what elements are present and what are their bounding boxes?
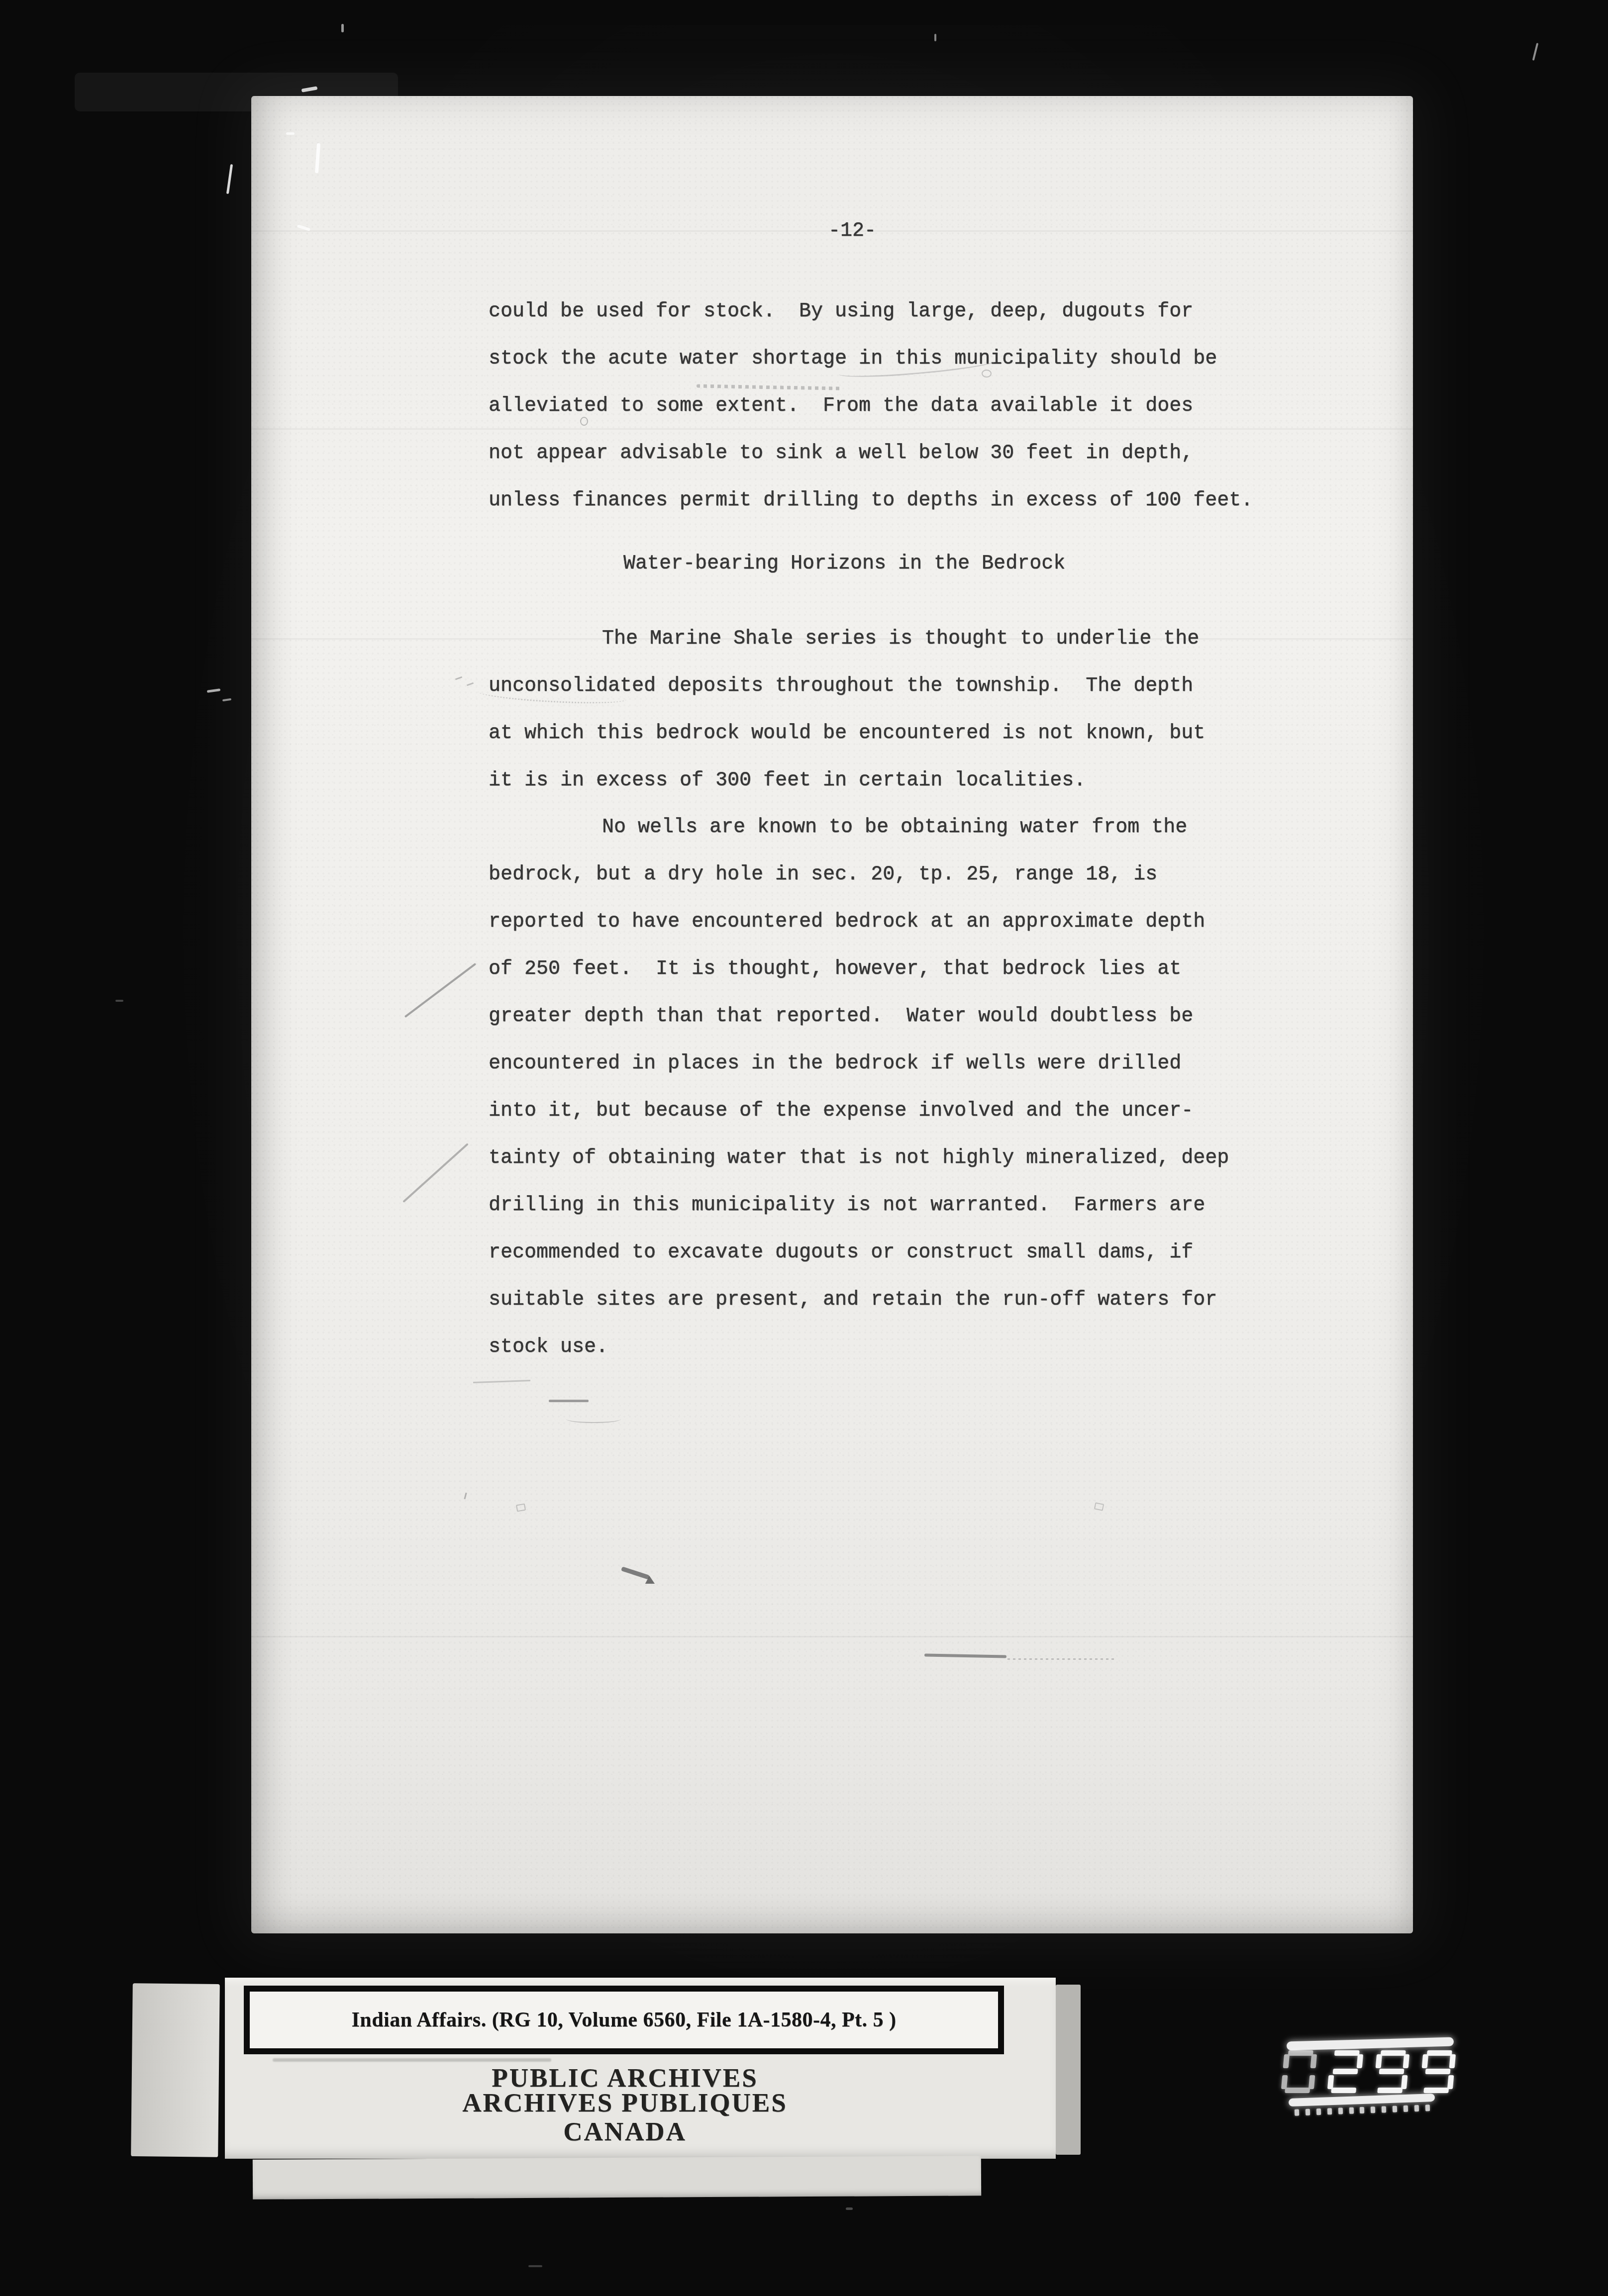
digit-segment [1357, 2054, 1363, 2068]
counter-tick [1404, 2105, 1408, 2112]
archives-country: CANADA [245, 2117, 1005, 2147]
digit-segment [1310, 2054, 1317, 2068]
text-line: reported to have encountered bedrock at … [489, 911, 1434, 958]
counter-tick [1414, 2105, 1419, 2111]
counter-tick [1306, 2109, 1310, 2115]
paragraph-dugouts: could be used for stock. By using large,… [489, 301, 1434, 537]
text-line: it is in excess of 300 feet in certain l… [489, 770, 1434, 817]
digit-segment [1327, 2075, 1334, 2089]
text-line: alleviated to some extent. From the data… [489, 395, 1434, 443]
pencil-dash-mark [549, 1400, 589, 1402]
paper-scratch [286, 132, 295, 135]
film-speck [934, 34, 936, 41]
label-card-left-edge [131, 1983, 220, 2157]
citation-box: Indian Affairs. (RG 10, Volume 6560, Fil… [244, 1986, 1004, 2054]
text-line: drilling in this municipality is not war… [489, 1195, 1434, 1242]
pencil-loop-mark [982, 370, 992, 378]
counter-tick [1371, 2106, 1375, 2113]
text-line: into it, but because of the expense invo… [489, 1100, 1434, 1148]
digit-segment [1308, 2075, 1315, 2089]
digit-segment [1403, 2054, 1409, 2068]
text-line: suitable sites are present, and retain t… [489, 1289, 1434, 1337]
counter-digit [1373, 2050, 1410, 2093]
digit-segment [1334, 2050, 1360, 2056]
text-line: tainty of obtaining water that is not hi… [489, 1148, 1434, 1195]
text-line: stock the acute water shortage in this m… [489, 348, 1434, 395]
paragraph-marine-shale: The Marine Shale series is thought to un… [489, 628, 1434, 817]
pencil-curve-dash [566, 1414, 621, 1423]
film-speck [528, 2265, 542, 2267]
pencil-speck [516, 1504, 526, 1512]
page-number: -12- [828, 220, 876, 242]
pencil-arrow-mark [621, 1566, 650, 1579]
counter-tick [1360, 2107, 1364, 2113]
counter-tick [1382, 2106, 1386, 2112]
text-line: could be used for stock. By using large,… [489, 301, 1434, 348]
text-line: encountered in places in the bedrock if … [489, 1053, 1434, 1100]
counter-tick [1393, 2106, 1397, 2112]
film-scratch [1532, 43, 1539, 61]
counter-tick [1327, 2108, 1332, 2114]
section-heading: Water-bearing Horizons in the Bedrock [623, 553, 1065, 575]
text-line: of 250 feet. It is thought, however, tha… [489, 958, 1434, 1006]
digit-segment [1285, 2088, 1310, 2093]
text-line: unconsolidated deposits throughout the t… [489, 675, 1434, 723]
archive-label-card: Indian Affairs. (RG 10, Volume 6560, Fil… [225, 1978, 1056, 2159]
counter-tick [1425, 2105, 1430, 2111]
text-line: unless finances permit drilling to depth… [489, 490, 1434, 537]
pencil-circle-mark [580, 417, 588, 426]
digit-segment [1423, 2088, 1449, 2093]
digit-segment [1401, 2075, 1407, 2089]
label-card-bottom-strip [253, 2156, 981, 2200]
counter-tick [1338, 2107, 1342, 2114]
digit-segment [1333, 2069, 1358, 2074]
pencil-tick-mark [467, 682, 474, 686]
text-line: greater depth than that reported. Water … [489, 1006, 1434, 1053]
pencil-long-dash [924, 1654, 1006, 1658]
text-line: not appear advisable to sink a well belo… [489, 443, 1434, 490]
frame-counter [1281, 2050, 1464, 2093]
film-speck [115, 1000, 123, 1002]
text-line: stock use. [489, 1337, 1434, 1384]
digit-segment [1377, 2088, 1403, 2093]
counter-tick [1349, 2107, 1353, 2114]
pencil-speck [1094, 1502, 1105, 1511]
paper-scratch [315, 143, 320, 173]
paragraph-bedrock-wells: No wells are known to be obtaining water… [489, 817, 1434, 1384]
digit-segment [1427, 2050, 1452, 2056]
counter-digit [1419, 2050, 1456, 2093]
archives-title-fr: ARCHIVES PUBLIQUES [245, 2088, 1005, 2118]
pencil-tick-mark [455, 676, 462, 680]
document-page: -12- could be used for stock. By using l… [251, 96, 1413, 1933]
counter-digit [1281, 2050, 1317, 2093]
scan-line [251, 1636, 1413, 1637]
smudge-mark [273, 2058, 551, 2062]
digit-segment [1376, 2054, 1382, 2068]
counter-bottom-bar [1289, 2094, 1435, 2106]
label-card-right-edge [1056, 1985, 1081, 2155]
digit-segment [1331, 2088, 1356, 2093]
text-line: No wells are known to be obtaining water… [489, 817, 1434, 864]
counter-tick [1295, 2109, 1299, 2115]
pencil-slash-mark [404, 963, 477, 1018]
digit-segment [1283, 2054, 1290, 2068]
pencil-dotted-tail [1007, 1658, 1114, 1660]
text-line: at which this bedrock would be encounter… [489, 723, 1434, 770]
counter-digit [1327, 2050, 1364, 2093]
digit-segment [1422, 2054, 1428, 2068]
text-line: The Marine Shale series is thought to un… [489, 628, 1434, 675]
digit-segment [1281, 2075, 1288, 2089]
digit-segment [1425, 2069, 1451, 2074]
film-speck [846, 2207, 853, 2210]
film-speck [341, 24, 344, 32]
digit-segment [1288, 2050, 1313, 2056]
digit-segment [1449, 2054, 1456, 2068]
digit-segment [1447, 2075, 1454, 2089]
counter-tick-strip [1295, 2105, 1430, 2116]
citation-text: Indian Affairs. (RG 10, Volume 6560, Fil… [351, 2008, 896, 2032]
pencil-speck [464, 1493, 467, 1499]
text-line: bedrock, but a dry hole in sec. 20, tp. … [489, 864, 1434, 911]
counter-tick [1316, 2108, 1321, 2115]
digit-segment [1379, 2069, 1405, 2074]
text-line: recommended to excavate dugouts or const… [489, 1242, 1434, 1289]
digit-segment [1381, 2050, 1406, 2056]
pencil-slash-mark [402, 1143, 469, 1203]
